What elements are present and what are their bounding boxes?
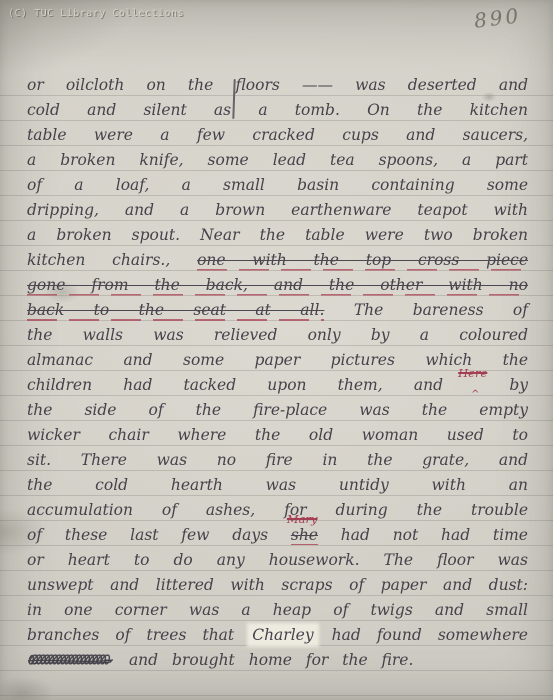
handwritten-text: the walls was relieved only by a coloure… bbox=[27, 326, 528, 344]
handwritten-text: had not had time bbox=[341, 526, 528, 544]
red-ink-correction: Mary bbox=[287, 514, 318, 526]
manuscript-line: or heart to do any housework. The floor … bbox=[27, 548, 528, 573]
manuscript-line: of these last few days sheMary had not h… bbox=[27, 523, 528, 548]
manuscript-line: cold and silent as a tomb. On the kitche… bbox=[27, 98, 528, 123]
handwritten-text: table were a few cracked cups and saucer… bbox=[27, 126, 528, 144]
manuscript-line: of a loaf, a small basin containing some bbox=[27, 173, 528, 198]
manuscript-line: a broken spout. Near the table were two … bbox=[27, 223, 528, 248]
handwritten-text: of these last few days bbox=[27, 526, 268, 544]
manuscript-line: the cold hearth was untidy with an bbox=[27, 473, 528, 498]
manuscript-line: children had tacked upon them, and Here^… bbox=[27, 373, 528, 398]
manuscript-line: a broken knife, some lead tea spoons, a … bbox=[27, 148, 528, 173]
handwritten-text: dripping, and a brown earthenware teapot… bbox=[27, 201, 528, 219]
handwritten-text: the side of the fire-place was the empty bbox=[27, 401, 528, 419]
scribbled-out-word bbox=[27, 651, 115, 676]
manuscript-line: and brought home for the fire. bbox=[27, 648, 528, 673]
handwritten-text: of a loaf, a small basin containing some bbox=[27, 176, 528, 194]
handwritten-text: branches of trees that bbox=[27, 626, 234, 644]
manuscript-line: in one corner was a heap of twigs and sm… bbox=[27, 598, 528, 623]
handwritten-text: and brought home for the fire. bbox=[129, 651, 413, 669]
handwritten-text: almanac and some paper pictures which th… bbox=[27, 351, 528, 369]
handwritten-text: in one corner was a heap of twigs and sm… bbox=[27, 601, 528, 619]
manuscript-line: the walls was relieved only by a coloure… bbox=[27, 323, 528, 348]
handwritten-text: a broken knife, some lead tea spoons, a … bbox=[27, 151, 528, 169]
struck-through-text: back to the seat at all. bbox=[27, 301, 324, 321]
manuscript-line: table were a few cracked cups and saucer… bbox=[27, 123, 528, 148]
struck-through-text: one with the top cross piece bbox=[197, 251, 528, 271]
manuscript-line: back to the seat at all. The bareness of bbox=[27, 298, 528, 323]
struck-word: sheMary bbox=[291, 526, 318, 545]
handwritten-text: had found somewhere bbox=[332, 626, 528, 644]
manuscript-line: the side of the fire-place was the empty bbox=[27, 398, 528, 423]
handwritten-text: The bareness of bbox=[354, 301, 528, 319]
handwritten-text: a broken spout. Near the table were two … bbox=[27, 226, 528, 244]
library-watermark: (C) TUC Library Collections bbox=[8, 8, 184, 19]
manuscript-page: (C) TUC Library Collections 890 or oilcl… bbox=[0, 0, 553, 700]
handwritten-text: cold and silent as a tomb. On the kitche… bbox=[27, 101, 528, 119]
manuscript-line: dripping, and a brown earthenware teapot… bbox=[27, 198, 528, 223]
manuscript-line: almanac and some paper pictures which th… bbox=[27, 348, 528, 373]
handwritten-text: or heart to do any housework. The floor … bbox=[27, 551, 528, 569]
manuscript-lines: or oilcloth on the floors —— was deserte… bbox=[27, 73, 528, 673]
struck-through-text: gone from the back, and the other with n… bbox=[27, 276, 528, 296]
correction-patch-word: Charley bbox=[250, 626, 315, 644]
manuscript-line: wicker chair where the old woman used to bbox=[27, 423, 528, 448]
handwritten-text: unswept and littered with scraps of pape… bbox=[27, 576, 528, 594]
manuscript-line: gone from the back, and the other with n… bbox=[27, 273, 528, 298]
red-ink-correction: Here bbox=[458, 368, 487, 380]
insertion-mark: Here^ bbox=[474, 388, 478, 390]
manuscript-line: accumulation of ashes, for during the tr… bbox=[27, 498, 528, 523]
handwritten-text: the cold hearth was untidy with an bbox=[27, 476, 528, 494]
handwritten-text: by bbox=[509, 376, 528, 394]
handwritten-text: children had tacked upon them, and bbox=[27, 376, 443, 394]
page-number: 890 bbox=[473, 3, 523, 33]
manuscript-line: or oilcloth on the floors —— was deserte… bbox=[27, 73, 528, 98]
handwritten-text: sit. There was no fire in the grate, and bbox=[27, 451, 528, 469]
handwritten-text: or oilcloth on the floors —— was deserte… bbox=[27, 76, 528, 94]
manuscript-line: branches of trees that Charley had found… bbox=[27, 623, 528, 648]
manuscript-line: unswept and littered with scraps of pape… bbox=[27, 573, 528, 598]
manuscript-line: sit. There was no fire in the grate, and bbox=[27, 448, 528, 473]
caret-icon: ^ bbox=[471, 390, 479, 400]
manuscript-line: kitchen chairs., one with the top cross … bbox=[27, 248, 528, 273]
handwritten-text: kitchen chairs., bbox=[27, 251, 170, 269]
handwritten-text: wicker chair where the old woman used to bbox=[27, 426, 528, 444]
handwritten-text: accumulation of ashes, for during the tr… bbox=[27, 501, 528, 519]
